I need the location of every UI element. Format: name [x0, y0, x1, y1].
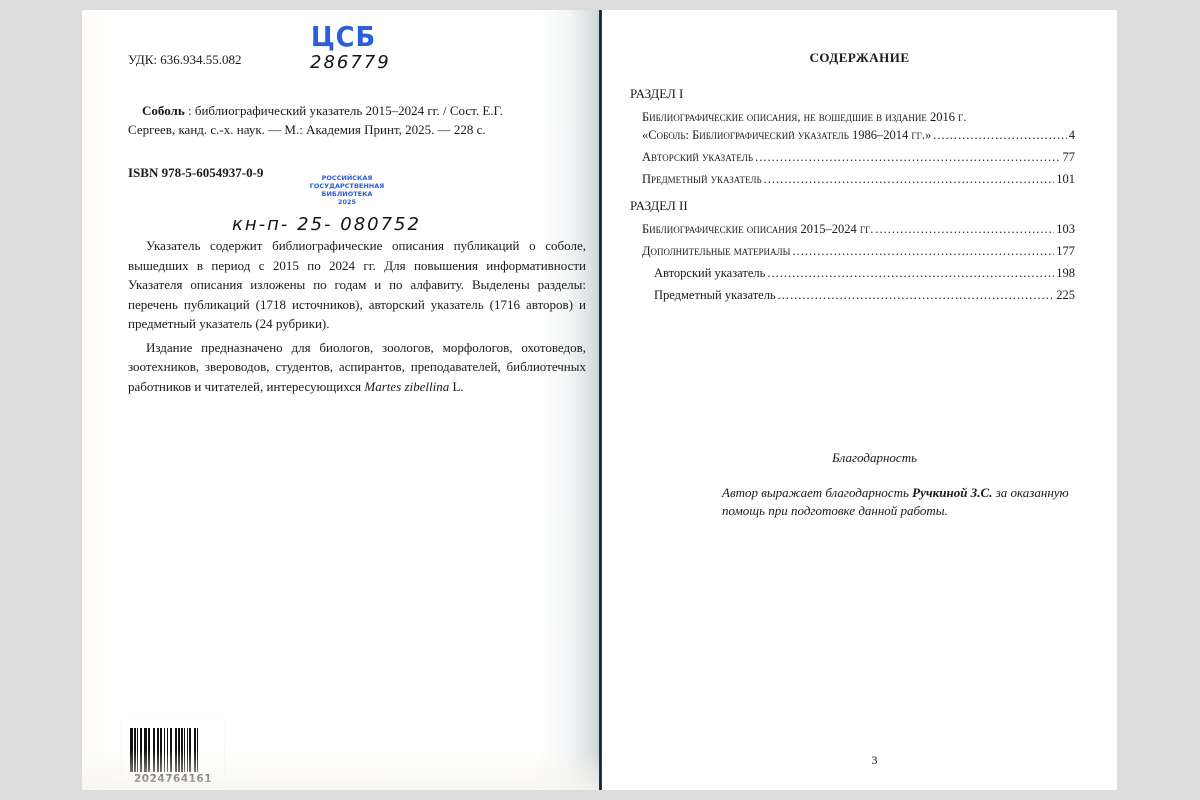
- toc-entry-label-line: Библиографические описания, не вошедшие …: [642, 108, 1075, 126]
- toc-entry-page: 4: [1069, 126, 1075, 144]
- acknowledgment-person: Ручкиной З.С.: [912, 485, 992, 500]
- acknowledgment-text: Автор выражает благодарность Ручкиной З.…: [722, 484, 1092, 520]
- abstract: Указатель содержит библиографические опи…: [128, 236, 586, 400]
- toc-leader-dots: [778, 286, 1055, 304]
- species-name: Martes zibellina: [364, 379, 449, 394]
- toc-entry-page: 101: [1056, 170, 1075, 188]
- barcode-icon: [130, 728, 216, 772]
- right-page: СОДЕРЖАНИЕ РАЗДЕЛ I Библиографические оп…: [602, 10, 1117, 790]
- toc-entry-label: Предметный указатель: [654, 286, 776, 304]
- library-stamp: РОССИЙСКАЯ ГОСУДАРСТВЕННАЯ БИБЛИОТЕКА 20…: [302, 174, 392, 206]
- csb-stamp: ЦСБ: [311, 20, 376, 53]
- acknowledgment-start: Автор выражает благодарность: [722, 485, 912, 500]
- bib-details: : библиографический указатель 2015–2024 …: [128, 103, 503, 137]
- toc-entry-page: 77: [1063, 148, 1076, 166]
- left-page: УДК: 636.934.55.082 ЦСБ 286779 Соболь : …: [82, 10, 600, 790]
- toc-section-heading: РАЗДЕЛ I: [630, 86, 1075, 102]
- toc-entry-row: «Соболь: Библиографический указатель 198…: [642, 126, 1075, 144]
- bibliographic-entry: Соболь : библиографический указатель 201…: [128, 101, 548, 139]
- table-of-contents: РАЗДЕЛ I Библиографические описания, не …: [630, 86, 1075, 308]
- toc-leader-dots: [767, 264, 1054, 282]
- library-stamp-year: 2025: [302, 198, 392, 206]
- audience-text: Издание предназначено для биологов, зоол…: [128, 340, 586, 394]
- library-stamp-line: ГОСУДАРСТВЕННАЯ: [302, 182, 392, 190]
- page-number: 3: [602, 753, 1117, 768]
- toc-entry[interactable]: Библиографические описания, не вошедшие …: [630, 108, 1075, 144]
- toc-entry-label: Авторский указатель: [642, 148, 753, 166]
- toc-entry-label: Предметный указатель: [642, 170, 762, 188]
- toc-leader-dots: [875, 220, 1054, 238]
- handwritten-inventory-number: 286779: [310, 52, 391, 73]
- toc-entry[interactable]: Дополнительные материалы 177: [630, 242, 1075, 260]
- toc-leader-dots: [792, 242, 1054, 260]
- toc-entry-label: Дополнительные материалы: [642, 242, 790, 260]
- species-author: L.: [449, 379, 463, 394]
- abstract-paragraph: Указатель содержит библиографические опи…: [128, 236, 586, 334]
- toc-entry-page: 177: [1056, 242, 1075, 260]
- toc-leader-dots: [755, 148, 1060, 166]
- barcode-number: 2024764161: [126, 773, 220, 785]
- library-stamp-line: РОССИЙСКАЯ: [302, 174, 392, 182]
- toc-entry[interactable]: Предметный указатель 225: [630, 286, 1075, 304]
- toc-title: СОДЕРЖАНИЕ: [602, 50, 1117, 66]
- toc-entry[interactable]: Библиографические описания 2015–2024 гг.…: [630, 220, 1075, 238]
- toc-entry-page: 103: [1056, 220, 1075, 238]
- handwritten-accession-code: кн-п- 25- 080752: [232, 214, 421, 235]
- acknowledgment-title: Благодарность: [602, 450, 1117, 466]
- toc-entry-page: 225: [1056, 286, 1075, 304]
- toc-entry-page: 198: [1056, 264, 1075, 282]
- library-stamp-line: БИБЛИОТЕКА: [302, 190, 392, 198]
- bib-title: Соболь: [142, 103, 185, 118]
- abstract-paragraph: Издание предназначено для биологов, зоол…: [128, 338, 586, 397]
- toc-entry-label: Авторский указатель: [654, 264, 765, 282]
- toc-leader-dots: [933, 126, 1067, 144]
- toc-entry[interactable]: Авторский указатель 198: [630, 264, 1075, 282]
- toc-leader-dots: [764, 170, 1055, 188]
- udk-code: УДК: 636.934.55.082: [128, 52, 242, 68]
- book-spread: УДК: 636.934.55.082 ЦСБ 286779 Соболь : …: [82, 10, 1117, 790]
- toc-entry-label: Библиографические описания 2015–2024 гг.: [642, 220, 873, 238]
- barcode-sticker: 2024764161: [122, 716, 224, 788]
- toc-entry-label: «Соболь: Библиографический указатель 198…: [642, 126, 931, 144]
- isbn: ISBN 978-5-6054937-0-9: [128, 165, 263, 181]
- toc-entry[interactable]: Предметный указатель 101: [630, 170, 1075, 188]
- toc-section-heading: РАЗДЕЛ II: [630, 198, 1075, 214]
- toc-entry[interactable]: Авторский указатель 77: [630, 148, 1075, 166]
